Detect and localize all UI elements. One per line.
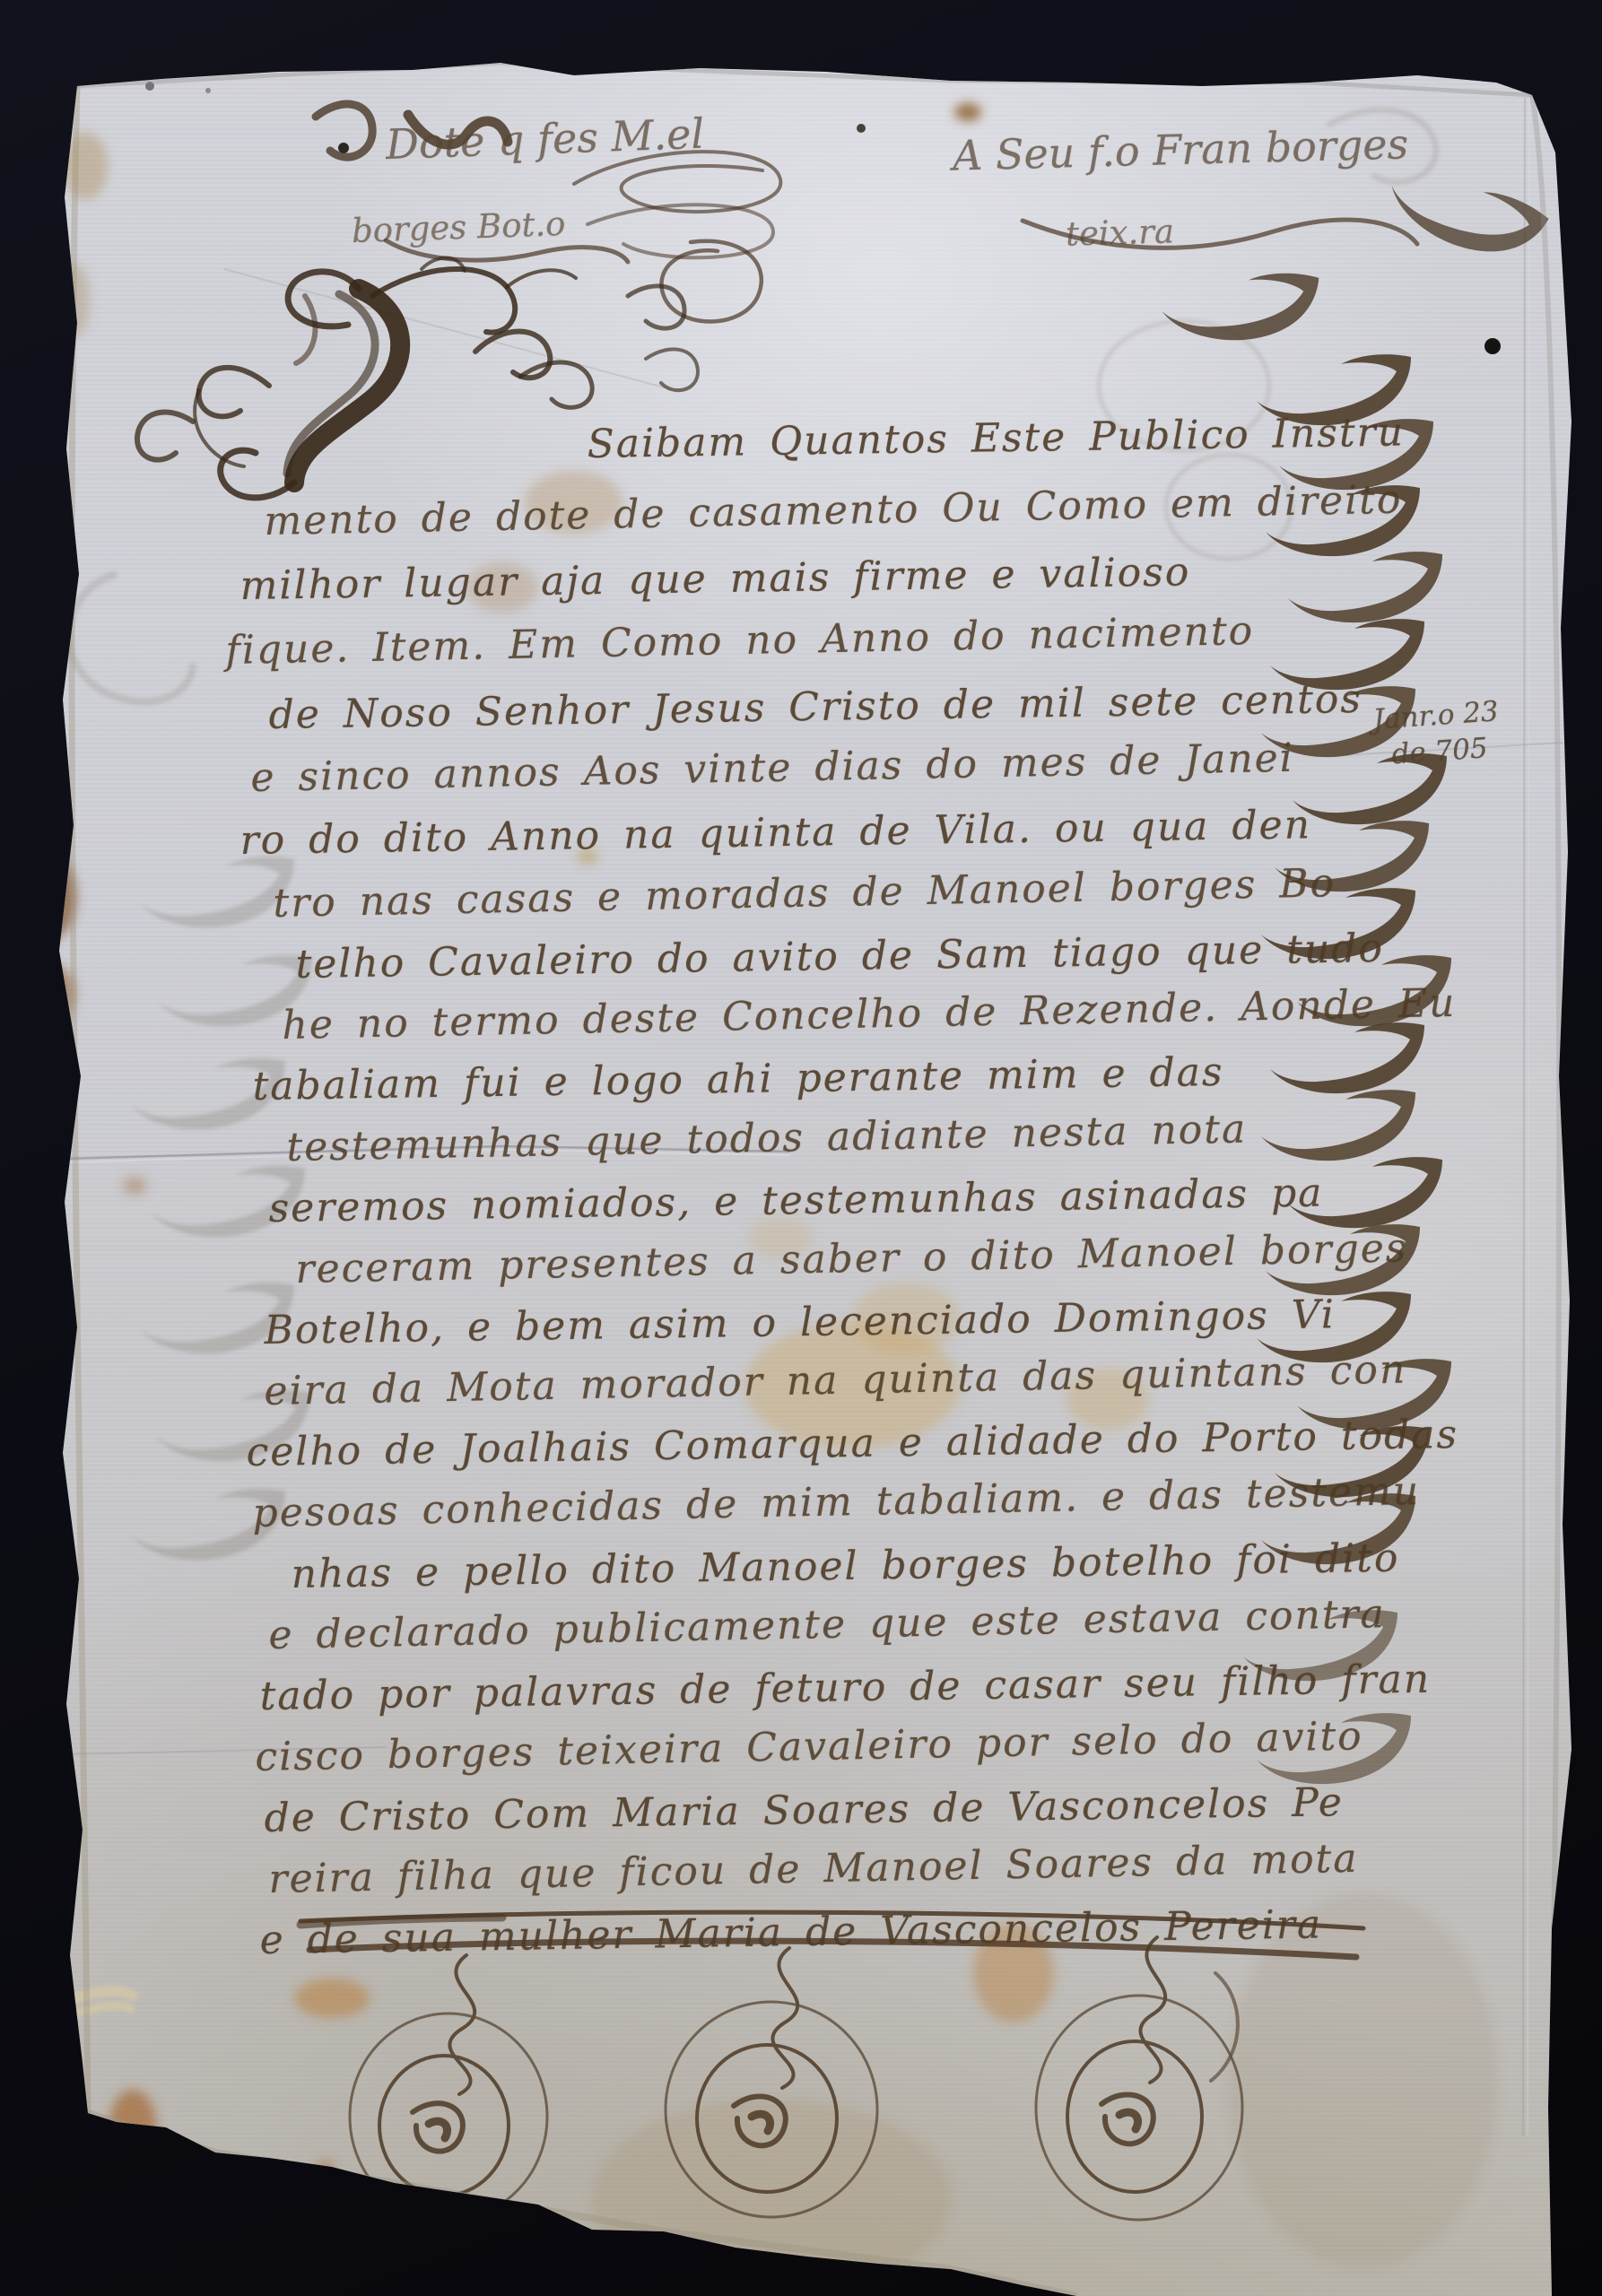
binding-thread: [56, 1991, 133, 2083]
header-title-left-line2: borges Bot.o: [351, 204, 566, 250]
date-margin-note: Janr.o 23 de 705: [1371, 693, 1502, 774]
header-title-right-line2: teix.ra: [1065, 212, 1174, 253]
manuscript-page: Dote q fes M.el borges Bot.o A Seu f.o F…: [0, 0, 1602, 2296]
photo-background: Dote q fes M.el borges Bot.o A Seu f.o F…: [0, 0, 1602, 2296]
